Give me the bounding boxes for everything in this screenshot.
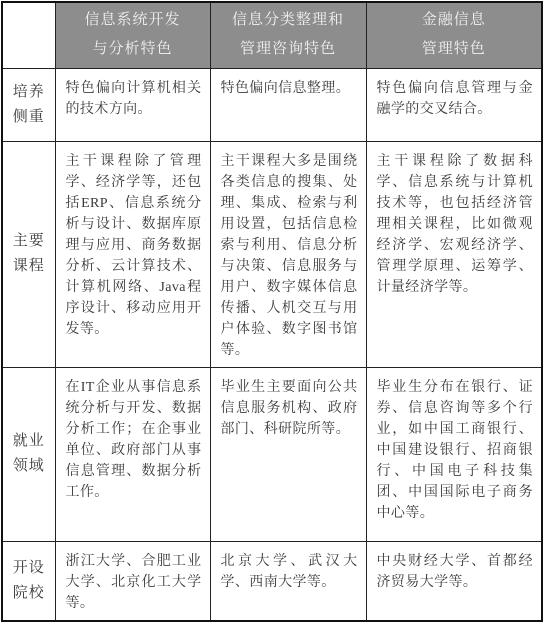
row-cultivation-focus: 培养 侧重 特色偏向计算机相关的技术方向。 特色偏向信息整理。 特色偏向信息管理… [2,68,542,141]
row-label-cultivation: 培养 侧重 [2,68,55,141]
page: 信息系统开发 与分析特色 信息分类整理和 管理咨询特色 金融信息 管理特色 培养… [0,0,544,587]
label-line-2: 课程 [4,254,54,279]
cell-universities-system-dev: 浙江大学、合肥工业大学、北京化工大学等。 [55,541,210,621]
label-line-1: 培养 [4,80,54,105]
cell-courses-info-organize: 主干课程大多是围绕各类信息的搜集、处理、集成、检索与利用设置，包括信息检索与利用… [210,141,366,367]
header-line-1: 信息系统开发 [57,6,209,35]
header-line-2: 与分析特色 [57,35,209,64]
label-line-1: 主要 [4,229,54,254]
header-line-2: 管理特色 [368,35,541,64]
cell-courses-finance-info: 主干课程除了数据科学、信息系统与计算机技术等，也包括经济管理相关课程，比如微观经… [366,141,542,367]
row-employment-fields: 就业 领域 在IT企业从事信息系统分析与开发、数据分析工作；在企事业单位、政府部… [2,367,542,541]
cell-employment-info-organize: 毕业生主要面向公共信息服务机构、政府部门、科研院所等。 [210,367,366,541]
program-comparison-table: 信息系统开发 与分析特色 信息分类整理和 管理咨询特色 金融信息 管理特色 培养… [1,1,543,622]
cell-courses-system-dev: 主干课程除了管理学、经济学等，还包括ERP、信息系统分析与设计、数据库原理与应用… [55,141,210,367]
header-line-2: 管理咨询特色 [212,35,365,64]
row-main-courses: 主要 课程 主干课程除了管理学、经济学等，还包括ERP、信息系统分析与设计、数据… [2,141,542,367]
cell-cultivation-finance-info: 特色偏向信息管理与金融学的交叉结合。 [366,68,542,141]
column-header-system-dev: 信息系统开发 与分析特色 [55,2,210,68]
cell-employment-finance-info: 毕业生分布在银行、证券、信息咨询等多个行业，如中国工商银行、中国建设银行、招商银… [366,367,542,541]
label-line-2: 领域 [4,454,54,479]
label-line-2: 侧重 [4,105,54,130]
cell-employment-system-dev: 在IT企业从事信息系统分析与开发、数据分析工作；在企事业单位、政府部门从事信息管… [55,367,210,541]
label-line-2: 院校 [4,581,54,606]
column-header-info-organize: 信息分类整理和 管理咨询特色 [210,2,366,68]
column-header-finance-info: 金融信息 管理特色 [366,2,542,68]
cell-universities-info-organize: 北京大学、武汉大学、西南大学等。 [210,541,366,621]
row-offering-universities: 开设 院校 浙江大学、合肥工业大学、北京化工大学等。 北京大学、武汉大学、西南大… [2,541,542,621]
cell-universities-finance-info: 中央财经大学、首都经济贸易大学等。 [366,541,542,621]
header-line-1: 信息分类整理和 [212,6,365,35]
cell-cultivation-system-dev: 特色偏向计算机相关的技术方向。 [55,68,210,141]
cell-cultivation-info-organize: 特色偏向信息整理。 [210,68,366,141]
header-line-1: 金融信息 [368,6,541,35]
row-label-employment: 就业 领域 [2,367,55,541]
row-label-courses: 主要 课程 [2,141,55,367]
header-row: 信息系统开发 与分析特色 信息分类整理和 管理咨询特色 金融信息 管理特色 [2,2,542,68]
label-line-1: 开设 [4,556,54,581]
label-line-1: 就业 [4,429,54,454]
corner-cell [2,2,55,68]
row-label-universities: 开设 院校 [2,541,55,621]
